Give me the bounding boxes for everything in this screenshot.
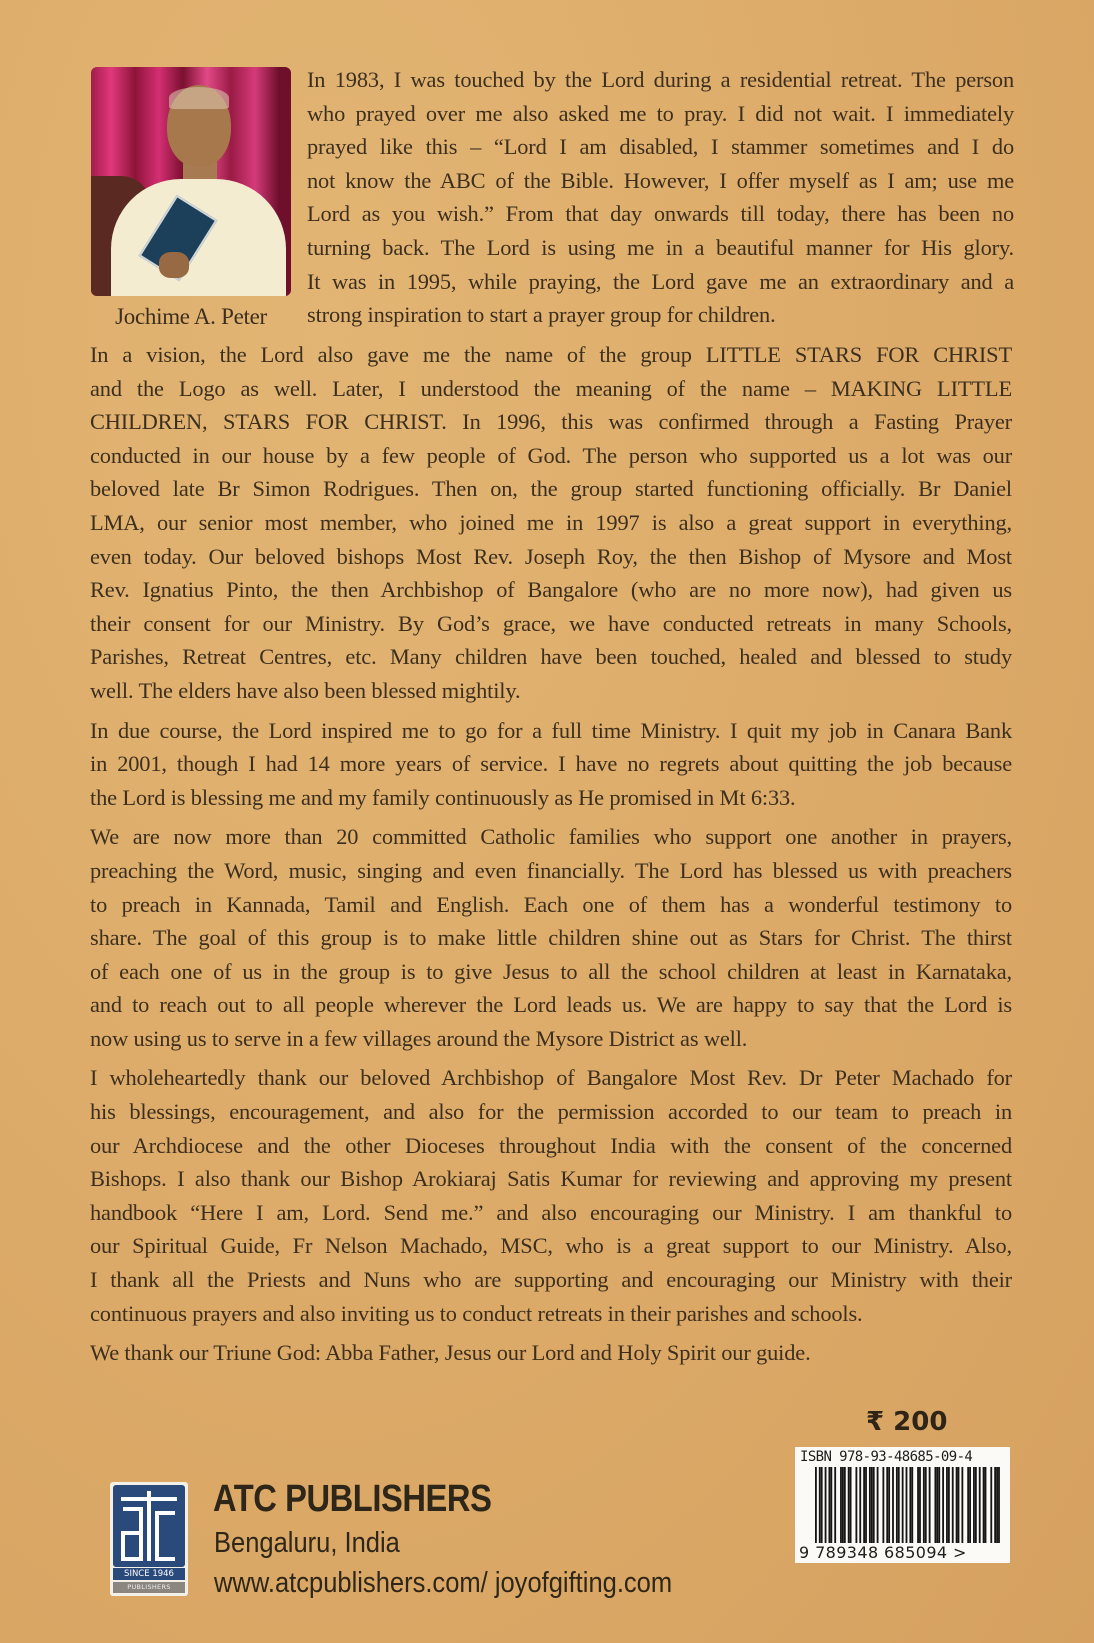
paragraph: We are now more than 20 committed Cathol…: [90, 820, 1012, 1055]
text-line: Parishes, Retreat Centres, etc. Many chi…: [90, 640, 1012, 674]
text-line: and the Logo as well. Later, I understoo…: [90, 372, 1012, 406]
paragraph: I wholeheartedly thank our beloved Archb…: [90, 1061, 1012, 1330]
text-line: our Spiritual Guide, Fr Nelson Machado, …: [90, 1229, 1012, 1263]
text-line: handbook “Here I am, Lord. Send me.” and…: [90, 1196, 1012, 1230]
text-line: our Archdiocese and the other Dioceses t…: [90, 1129, 1012, 1163]
logo-since-text: SINCE 1946: [113, 1568, 185, 1580]
publisher-city: Bengaluru, India: [214, 1527, 400, 1560]
text-line: I thank all the Priests and Nuns who are…: [90, 1263, 1012, 1297]
body-text: In a vision, the Lord also gave me the n…: [90, 338, 1012, 1370]
text-line: and to reach out to all people wherever …: [90, 988, 1012, 1022]
paragraph: In 1983, I was touched by the Lord durin…: [307, 63, 1014, 332]
text-line: Bishops. I also thank our Bishop Arokiar…: [90, 1162, 1012, 1196]
logo-publishers-text: PUBLISHERS: [113, 1582, 185, 1593]
atc-logo-mark: [113, 1485, 185, 1567]
text-line: Rev. Ignatius Pinto, the then Archbishop…: [90, 573, 1012, 607]
text-line: LMA, our senior most member, who joined …: [90, 506, 1012, 540]
text-line: Lord as you wish.” From that day onwards…: [307, 197, 1014, 231]
publisher-name: ATC PUBLISHERS: [213, 1478, 491, 1521]
intro-paragraph: In 1983, I was touched by the Lord durin…: [307, 63, 1014, 332]
price-label: ₹ 200: [866, 1407, 947, 1437]
text-line: beloved late Br Simon Rodrigues. Then on…: [90, 472, 1012, 506]
text-line: It was in 1995, while praying, the Lord …: [307, 265, 1014, 299]
portrait-hair: [169, 87, 229, 109]
barcode-digits: 9 789348 685094 >: [799, 1543, 967, 1562]
text-line: his blessings, encouragement, and also f…: [90, 1095, 1012, 1129]
text-line: to preach in Kannada, Tamil and English.…: [90, 888, 1012, 922]
text-line: In 1983, I was touched by the Lord durin…: [307, 63, 1014, 97]
text-line: their consent for our Ministry. By God’s…: [90, 607, 1012, 641]
text-line: conducted in our house by a few people o…: [90, 439, 1012, 473]
text-line: well. The elders have also been blessed …: [90, 674, 1012, 708]
text-line: share. The goal of this group is to make…: [90, 921, 1012, 955]
text-line: continuous prayers and also inviting us …: [90, 1297, 1012, 1331]
portrait-hand: [159, 252, 189, 278]
text-line: turning back. The Lord is using me in a …: [307, 231, 1014, 265]
text-line: of each one of us in the group is to giv…: [90, 955, 1012, 989]
text-line: I wholeheartedly thank our beloved Archb…: [90, 1061, 1012, 1095]
text-line: who prayed over me also asked me to pray…: [307, 97, 1014, 131]
text-line: prayed like this – “Lord I am disabled, …: [307, 130, 1014, 164]
text-line: CHILDREN, STARS FOR CHRIST. In 1996, thi…: [90, 405, 1012, 439]
author-photo-block: Jochime A. Peter: [91, 67, 291, 330]
text-line: We thank our Triune God: Abba Father, Je…: [90, 1336, 1012, 1370]
paragraph: In a vision, the Lord also gave me the n…: [90, 338, 1012, 708]
text-line: not know the ABC of the Bible. However, …: [307, 164, 1014, 198]
atc-publisher-logo: SINCE 1946 PUBLISHERS: [110, 1482, 188, 1596]
text-line: in 2001, though I had 14 more years of s…: [90, 747, 1012, 781]
text-line: now using us to serve in a few villages …: [90, 1022, 1012, 1056]
isbn-label: ISBN 978-93-48685-09-4: [800, 1449, 972, 1465]
text-line: In a vision, the Lord also gave me the n…: [90, 338, 1012, 372]
author-portrait-photo: [91, 67, 291, 296]
atc-logo-glyph-icon: [113, 1485, 185, 1567]
text-line: the Lord is blessing me and my family co…: [90, 781, 1012, 815]
isbn-barcode: ISBN 978-93-48685-09-4 9 789348 685094 >: [795, 1447, 1010, 1563]
text-line: preaching the Word, music, singing and e…: [90, 854, 1012, 888]
text-line: We are now more than 20 committed Cathol…: [90, 820, 1012, 854]
author-name-caption: Jochime A. Peter: [91, 304, 291, 330]
text-line: strong inspiration to start a prayer gro…: [307, 298, 1014, 332]
paragraph: We thank our Triune God: Abba Father, Je…: [90, 1336, 1012, 1370]
paragraph: In due course, the Lord inspired me to g…: [90, 714, 1012, 815]
publisher-url[interactable]: www.atcpublishers.com/ joyofgifting.com: [214, 1567, 672, 1600]
text-line: even today. Our beloved bishops Most Rev…: [90, 540, 1012, 574]
text-line: In due course, the Lord inspired me to g…: [90, 714, 1012, 748]
barcode-bars: [815, 1467, 1000, 1543]
